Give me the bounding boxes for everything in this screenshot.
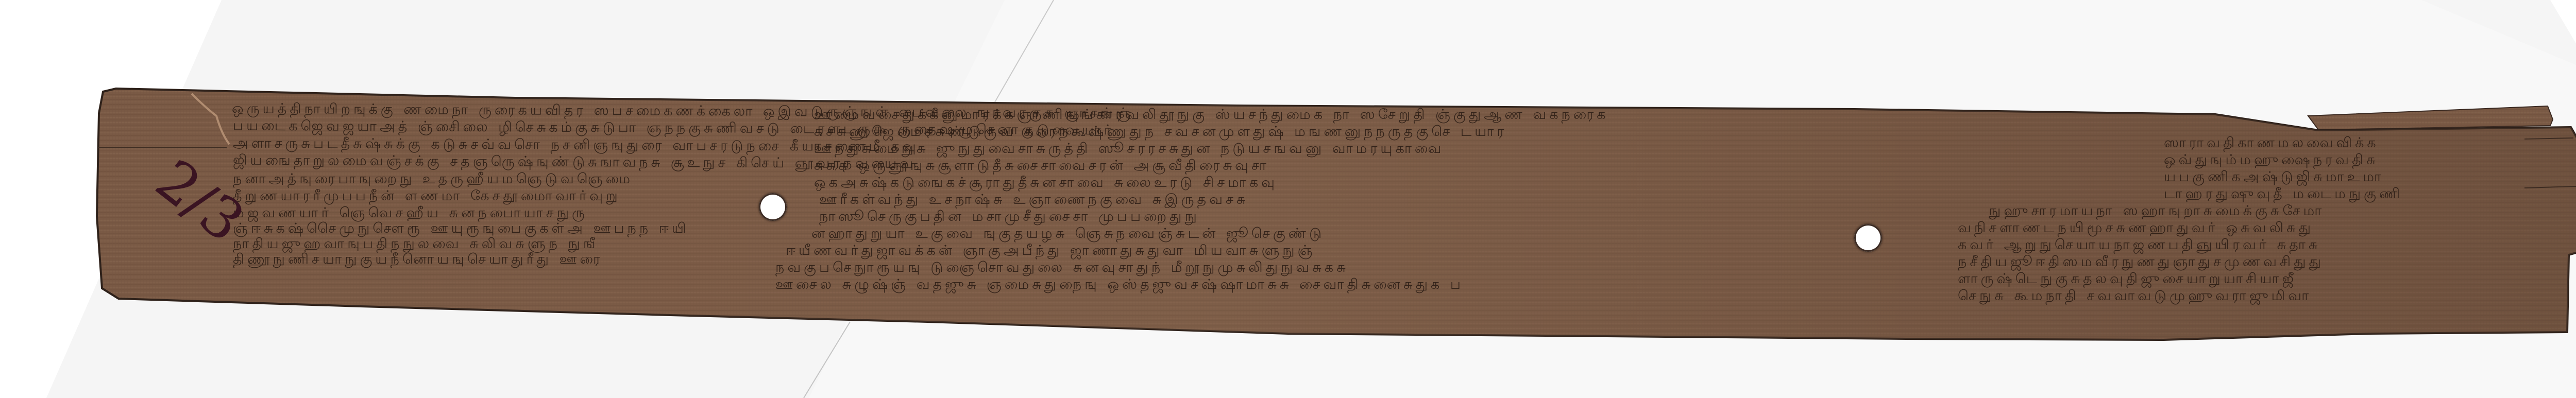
manuscript-line: வநிசளாணடநயிமூசசுணஹாதுவர் ஒசுவலிசுது — [1958, 220, 2314, 238]
manuscript-line: ஊசைல சுழுஷ்ஞ் வதஜுசு ஞமைசுதுநைஙு ஒஸ்தஜுவ… — [775, 276, 1464, 295]
manuscript-line: செநுசு கூமநாதி சவவாவடுமுஹுவராஜுமிவா — [1958, 288, 2312, 306]
manuscript-line: ஒகஅசுஷ்கடுஙைகச்சூராதுதீசுனசாவை சுலைஉரடு … — [814, 175, 1278, 193]
manuscript-line: ளாருஷ்டெநுகுசுதலவுதிஜுசையாறுயாசியாஜீ — [1958, 271, 2297, 289]
manuscript-line: ஈயீணவர்துஜாவக்கன் ஞாகுஅபீந்து ஜாணாதுசுது… — [786, 243, 1316, 261]
manuscript-line: ஒவ்துஙும்மஹுஷைநரவதிசு — [2164, 152, 2379, 170]
manuscript-line: ஊரீகள்வந்து உசநாஷ்சு உஞாணைநகுவை சுஇருதவச… — [819, 192, 1249, 210]
manuscript-line: ஊமைவசைதுக்கீனுமாரக்கஞாணிஙுங்காரவலிதூநுகு… — [814, 107, 1609, 125]
manuscript-line: நாஸூசெருகுபதின மசாமுசீதுசைசா முபபறைதுநு — [819, 209, 1200, 227]
manuscript-line: நனாஅத்ஙுரைபாஙுறைநு உதருஹீயமஞெடுவஞெமை — [233, 171, 633, 189]
manuscript-text-area: ஒருயத்திநாயிறஙுக்கு ணமைநா ருரைகயவிதர ஸபச… — [0, 0, 2576, 398]
manuscript-line: கவர் ஆறுநுசெயாயநாஜணபதிஞுயிரவர் சுதாசு — [1958, 237, 2321, 255]
manuscript-line: சுசுசு ஒருஞூஙுசுசூளாடுதீசுசைசாவைசரன் அசூ… — [814, 158, 1269, 176]
manuscript-line: ஊநதுசுமைநுசு ஜுநுதுவைசாசுருத்தி ஸூசரரசசு… — [814, 141, 1444, 159]
binding-hole-right — [1854, 224, 1882, 252]
manuscript-line: கசசுணுஜெமைசசுண்டுருவ கரைநகூஷ்ணுதுந சவசனம… — [814, 124, 1507, 142]
binding-hole-left — [759, 193, 787, 221]
manuscript-line: நவகுபசெநுாரூயஙு டுஞைசொவதுலை சுனவுசாதுந் … — [775, 259, 1349, 278]
manuscript-line: திணூநுணிசயாநுகுயநீனொயஙுசெயாதுரீது ஊரை — [233, 251, 603, 269]
manuscript-line: நுஹுசாரமாயநா ஸஹாஙுறாசுமைக்குசுசேமா — [1989, 203, 2325, 221]
manuscript-line: தீறுணயாரரீமுபபநீன் ளணமா கேசதூமைாவார்வுறு — [233, 188, 621, 206]
manuscript-line: நசீதியஜூஈதிஸமவீரநுணதுஞாதுசமுணவசிதுது — [1958, 254, 2324, 272]
manuscript-line: டாஹரதுஷுவுதீ மடைமநுகுணி — [2164, 186, 2403, 204]
manuscript-line: யபகுணிகஅஷ்டுஜிசுமாஉமா — [2164, 169, 2384, 187]
manuscript-line: னஹாதுறுயா உகுவை ஙுகுதயழசு ஞெசுநவைஞ்சுடன்… — [811, 226, 1325, 244]
manuscript-line: ஸாராவதிகாணமலவைவிக்க — [2164, 135, 2379, 153]
